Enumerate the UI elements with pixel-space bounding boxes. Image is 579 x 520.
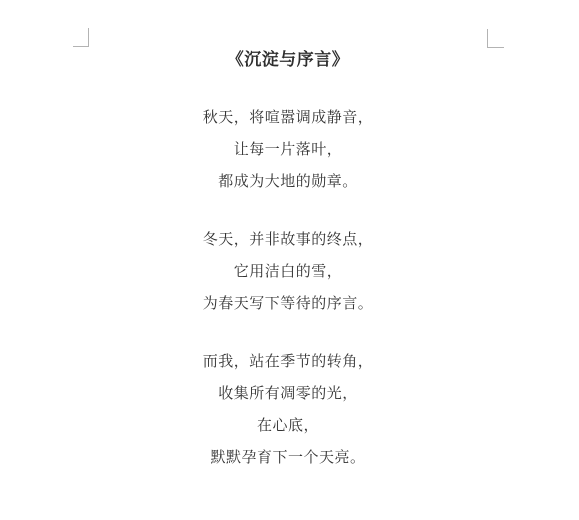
poem-line: 它用洁白的雪， <box>88 256 488 288</box>
text-boundary-mark-top-left <box>73 28 89 47</box>
poem-line: 而我，站在季节的转角， <box>88 346 488 378</box>
document-text-area[interactable]: 《沉淀与序言》 秋天，将喧嚣调成静音， 让每一片落叶， 都成为大地的勋章。 冬天… <box>88 0 488 474</box>
poem-stanza-1: 秋天，将喧嚣调成静音， 让每一片落叶， 都成为大地的勋章。 <box>88 102 488 198</box>
poem-stanza-3: 而我，站在季节的转角， 收集所有凋零的光， 在心底， 默默孕育下一个天亮。 <box>88 346 488 474</box>
poem-stanza-2: 冬天，并非故事的终点， 它用洁白的雪， 为春天写下等待的序言。 <box>88 224 488 320</box>
text-boundary-mark-top-right <box>487 29 504 48</box>
document-page[interactable]: 《沉淀与序言》 秋天，将喧嚣调成静音， 让每一片落叶， 都成为大地的勋章。 冬天… <box>0 0 579 520</box>
poem-line: 在心底， <box>88 410 488 442</box>
poem-title: 《沉淀与序言》 <box>88 48 488 72</box>
poem-line: 为春天写下等待的序言。 <box>88 288 488 320</box>
poem-line: 收集所有凋零的光， <box>88 378 488 410</box>
poem-line: 冬天，并非故事的终点， <box>88 224 488 256</box>
poem-line: 默默孕育下一个天亮。 <box>88 442 488 474</box>
poem-line: 让每一片落叶， <box>88 134 488 166</box>
poem-line: 秋天，将喧嚣调成静音， <box>88 102 488 134</box>
poem-line: 都成为大地的勋章。 <box>88 166 488 198</box>
